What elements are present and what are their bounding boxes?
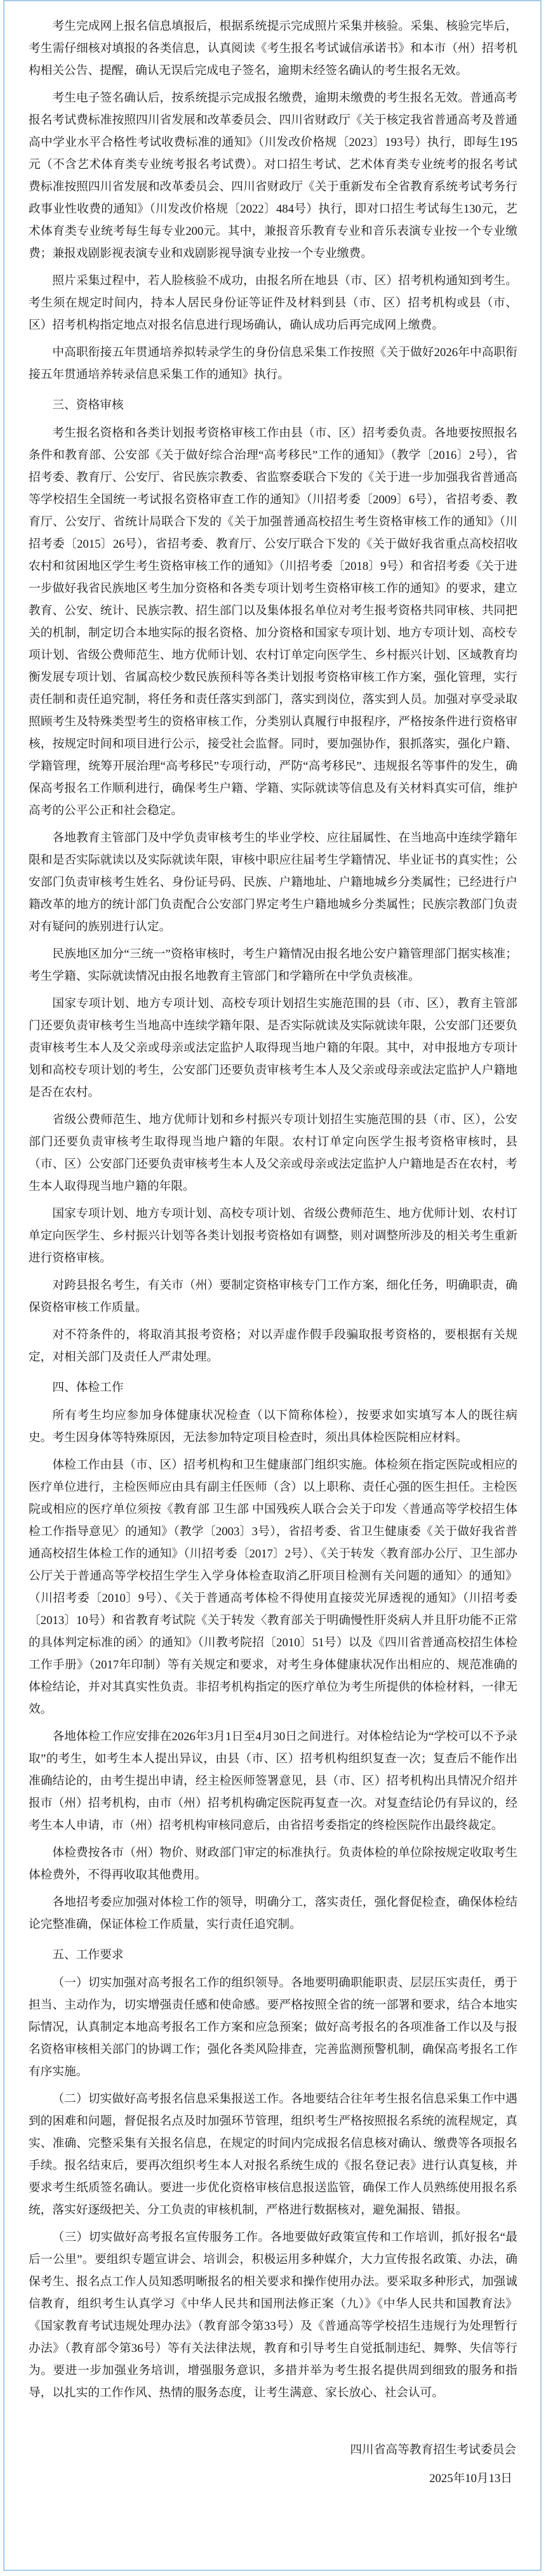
body-paragraph: 考生电子签名确认后，按系统提示完成报名缴费，逾期未缴费的考生报名无效。普通高考报… [29, 87, 517, 265]
body-paragraph: （一）切实加强对高考报名工作的组织领导。各地要明确职能职责、层层压实责任，勇于担… [29, 1972, 517, 2083]
body-paragraph: 各地体检工作应安排在2026年3月1日至4月30日之间进行。对体检结论为“学校可… [29, 1726, 517, 1837]
body-paragraph: 考生完成网上报名信息填报后，根据系统提示完成照片采集并核验。采集、核验完毕后，考… [29, 15, 517, 82]
section-heading: 五、工作要求 [29, 1944, 517, 1966]
document-body: 考生完成网上报名信息填报后，根据系统提示完成照片采集并核验。采集、核验完毕后，考… [29, 10, 517, 2490]
body-paragraph: （三）切实做好高考报名宣传服务工作。各地要做好政策宣传和工作培训，抓好报名“最后… [29, 2226, 517, 2404]
body-paragraph: 对跨县报名考生，有关市（州）要制定资格审核专门工作方案，细化任务，明确职责，确保… [29, 1274, 517, 1319]
document-page: 考生完成网上报名信息填报后，根据系统提示完成照片采集并核验。采集、核验完毕后，考… [0, 0, 546, 2576]
body-paragraph: 中高职衔接五年贯通培养拟转录学生的身份信息采集工作按照《关于做好2026年中高职… [29, 341, 517, 386]
body-paragraph: 考生报名资格和各类计划报考资格审核工作由县（市、区）招考委负责。各地要按照报名条… [29, 422, 517, 822]
body-paragraph: 体检工作由县（市、区）招考机构和卫生健康部门组织实施。体检须在指定医院或相应的医… [29, 1454, 517, 1721]
section-heading: 三、资格审核 [29, 394, 517, 416]
body-paragraph: 对不符条件的，将取消其报考资格；对以弄虚作假手段骗取报考资格的，要根据有关规定，… [29, 1324, 517, 1368]
date-line: 2025年10月13日 [29, 2467, 512, 2490]
page-border: 考生完成网上报名信息填报后，根据系统提示完成照片采集并核验。采集、核验完毕后，考… [3, 0, 542, 2571]
body-paragraph: 省级公费师范生、地方优师计划和乡村振兴专项计划招生实施范围的县（市、区），公安部… [29, 1109, 517, 1198]
body-paragraph: 各地教育主管部门及中学负责审核考生的毕业学校、应往届属性、在当地高中连续学籍年限… [29, 827, 517, 938]
body-paragraph: 国家专项计划、地方专项计划、高校专项计划招生实施范围的县（市、区），教育主管部门… [29, 993, 517, 1104]
body-paragraph: 各地招考委应加强对体检工作的领导，明确分工，落实责任，强化督促检查，确保体检结论… [29, 1891, 517, 1936]
body-paragraph: 所有考生均应参加身体健康状况检查（以下简称体检），按要求如实填写本人的既往病史。… [29, 1404, 517, 1449]
section-heading: 四、体检工作 [29, 1377, 517, 1399]
body-paragraph: （二）切实做好高考报名信息采集报送工作。各地要结合往年考生报名信息采集工作中遇到… [29, 2088, 517, 2221]
body-paragraph: 体检费按各市（州）物价、财政部门审定的标准执行。负责体检的单位除按规定收取考生体… [29, 1842, 517, 1886]
body-paragraph: 照片采集过程中，若人脸核验不成功，由报名所在地县（市、区）招考机构通知到考生。考… [29, 270, 517, 336]
signature-line: 四川省高等教育招生考试委员会 [29, 2439, 516, 2461]
body-paragraph: 国家专项计划、地方专项计划、高校专项计划、省级公费师范生、地方优师计划、农村订单… [29, 1203, 517, 1269]
body-paragraph: 民族地区加分“三统一”资格审核时，考生户籍情况由报名地公安户籍管理部门据实核准；… [29, 943, 517, 987]
